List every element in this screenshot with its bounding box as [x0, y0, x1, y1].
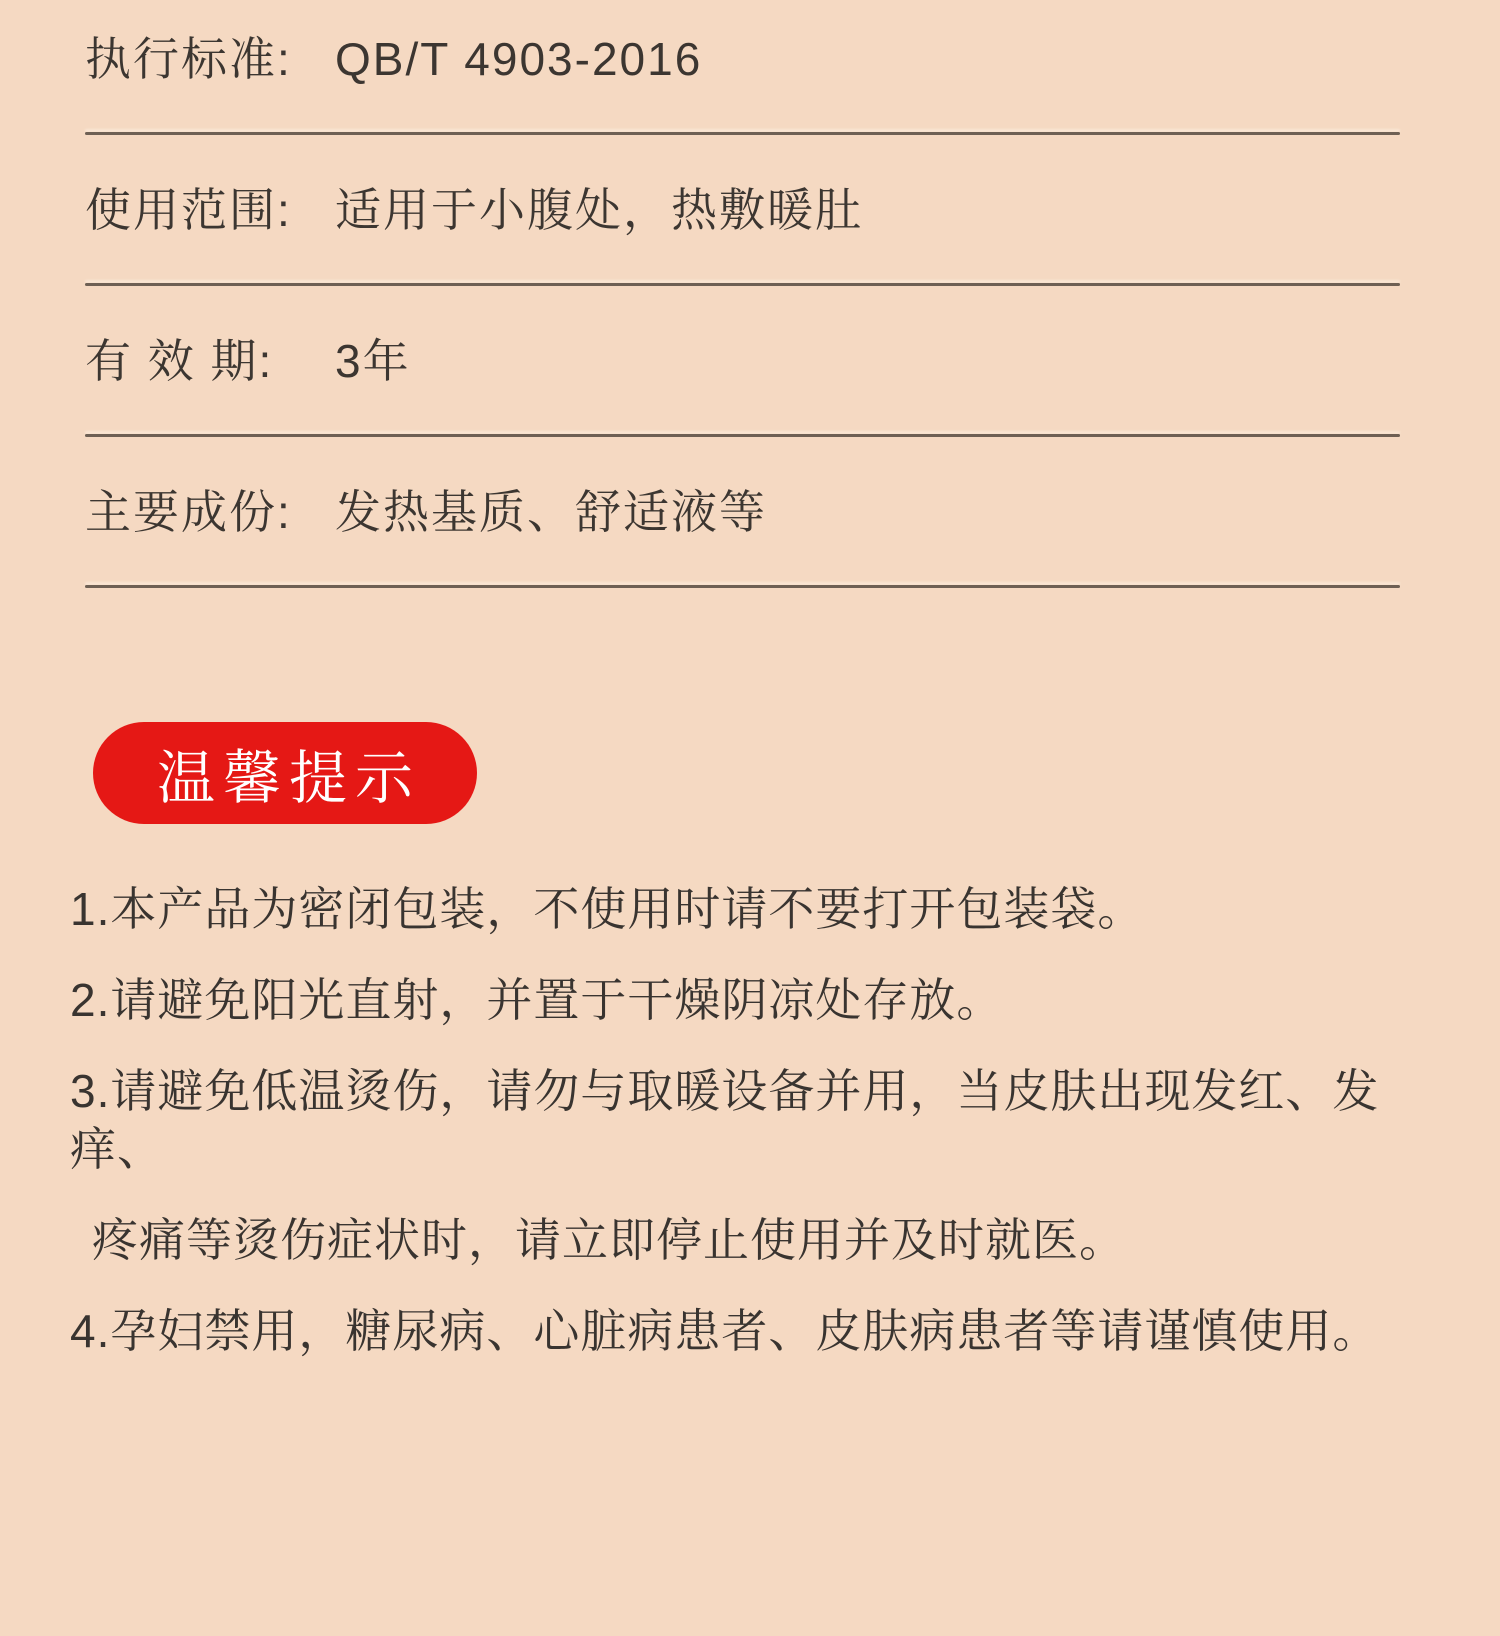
tip-line-3: 3.请避免低温烫伤，请勿与取暖设备并用，当皮肤出现发红、发痒、: [70, 1062, 1420, 1178]
tip-line-4: 4.孕妇禁用，糖尿病、心脏病患者、皮肤病患者等请谨慎使用。: [70, 1302, 1420, 1360]
divider: [85, 585, 1400, 588]
spec-label-usage-scope: 使用范围:: [85, 181, 335, 239]
spec-row-standard: 执行标准: QB/T 4903-2016: [85, 0, 1400, 132]
spec-table: 执行标准: QB/T 4903-2016 使用范围: 适用于小腹处，热敷暖肚 有…: [0, 0, 1500, 588]
spec-value-usage-scope: 适用于小腹处，热敷暖肚: [335, 181, 1400, 239]
tip-line-3-continued: 疼痛等烫伤症状时，请立即停止使用并及时就医。: [70, 1211, 1420, 1269]
spec-value-standard: QB/T 4903-2016: [335, 30, 1400, 88]
spec-row-ingredients: 主要成份: 发热基质、舒适液等: [85, 437, 1400, 585]
tip-line-1: 1.本产品为密闭包装，不使用时请不要打开包装袋。: [70, 880, 1420, 938]
spec-label-shelf-life: 有 效 期:: [85, 332, 335, 390]
warm-tips-badge: 温馨提示: [93, 722, 477, 824]
spec-value-shelf-life: 3年: [335, 332, 1400, 390]
spec-row-usage-scope: 使用范围: 适用于小腹处，热敷暖肚: [85, 135, 1400, 283]
tip-line-2: 2.请避免阳光直射，并置于干燥阴凉处存放。: [70, 971, 1420, 1029]
warm-tips-list: 1.本产品为密闭包装，不使用时请不要打开包装袋。 2.请避免阳光直射，并置于干燥…: [70, 880, 1420, 1360]
spec-value-ingredients: 发热基质、舒适液等: [335, 483, 1400, 541]
spec-label-ingredients: 主要成份:: [85, 483, 335, 541]
spec-row-shelf-life: 有 效 期: 3年: [85, 286, 1400, 434]
product-info-panel: 执行标准: QB/T 4903-2016 使用范围: 适用于小腹处，热敷暖肚 有…: [0, 0, 1500, 1636]
spec-label-standard: 执行标准:: [85, 30, 335, 88]
warm-tips-badge-label: 温馨提示: [149, 731, 421, 815]
